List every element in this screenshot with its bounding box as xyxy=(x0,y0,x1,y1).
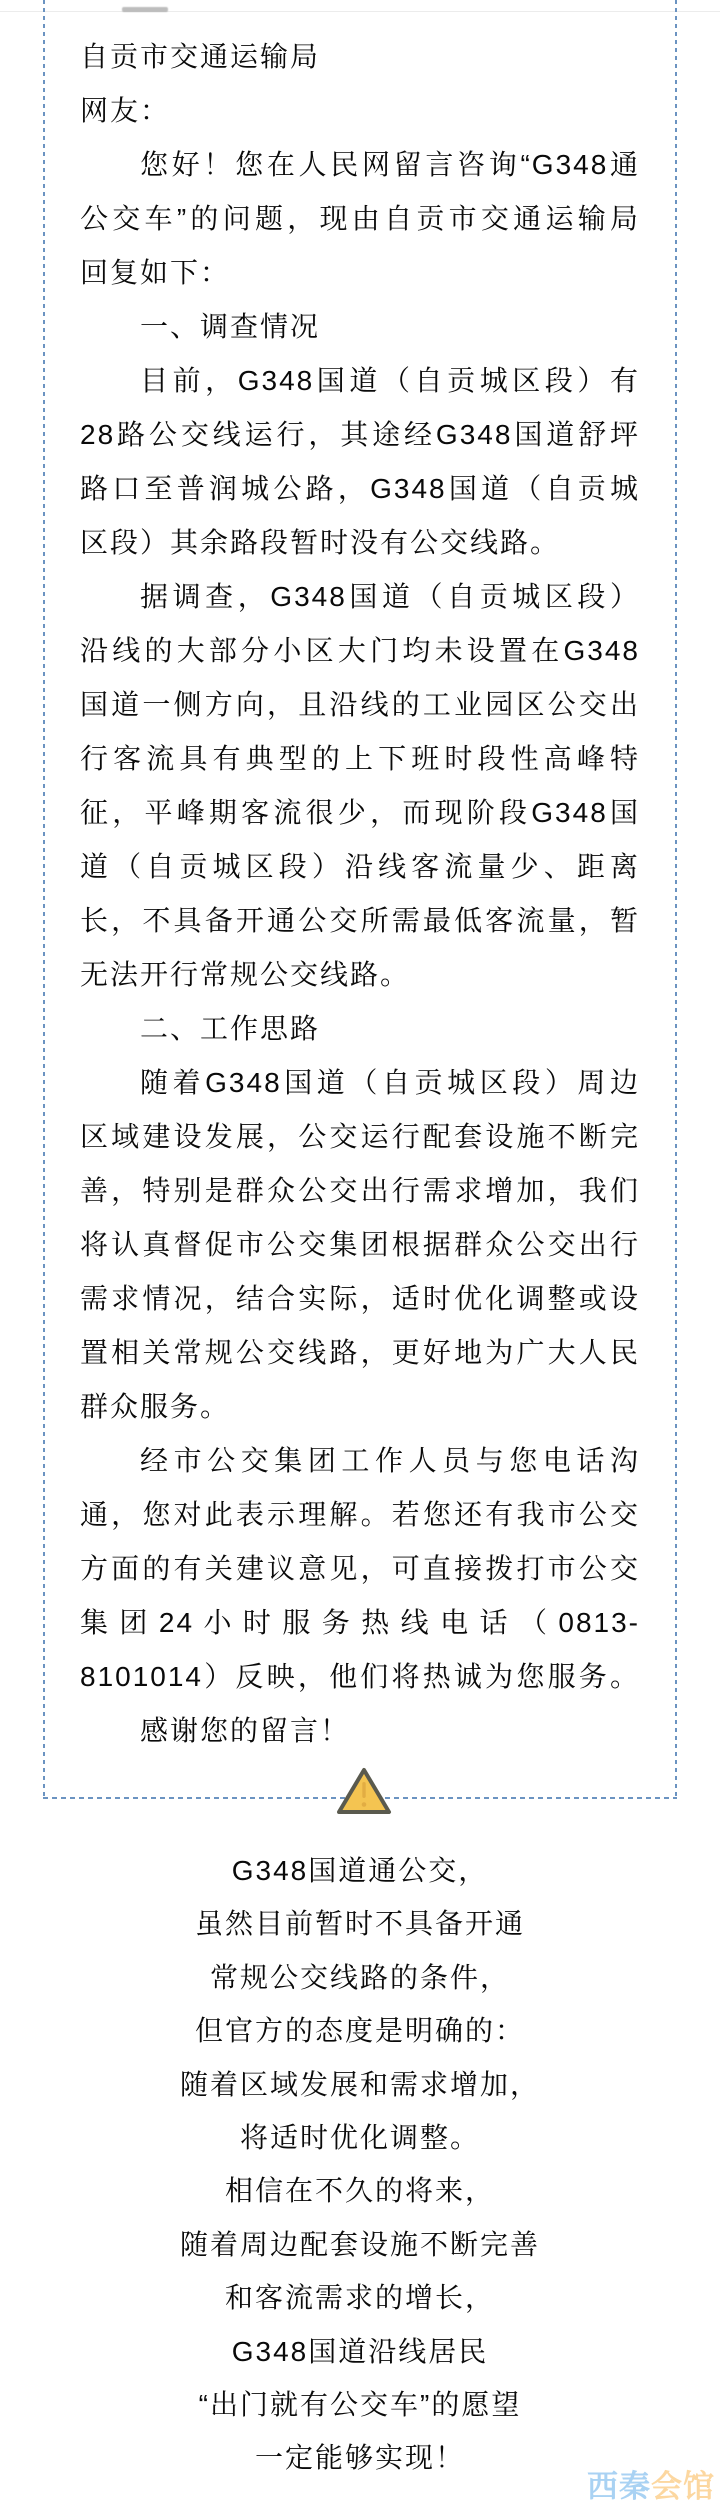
letter-box-border-left xyxy=(43,0,45,1799)
closing-line: 将适时优化调整。 xyxy=(0,2111,720,2164)
letter-line: 目前，G348国道（自贡城区段）有 xyxy=(80,354,640,408)
letter-line: 无法开行常规公交线路。 xyxy=(80,948,640,1002)
letter-line: 据调查，G348国道（自贡城区段） xyxy=(80,570,640,624)
watermark-part-orange: 会馆 xyxy=(651,2469,715,2504)
closing-line: 虽然目前暂时不具备开通 xyxy=(0,1897,720,1950)
letter-line: 沿线的大部分小区大门均未设置在G348 xyxy=(80,624,640,678)
article-page: { "page": {"width": 720, "height": 2511,… xyxy=(0,0,720,2511)
watermark-part-blue: 西秦 xyxy=(587,2469,651,2504)
watermark: 西秦会馆 xyxy=(587,2461,715,2506)
letter-line: 路口至普润城公路，G348国道（自贡城 xyxy=(80,462,640,516)
letter-line: 感谢您的留言！ xyxy=(80,1704,640,1758)
letter-line: 将认真督促市公交集团根据群众公交出行 xyxy=(80,1218,640,1272)
top-artifact-smudge xyxy=(122,7,168,12)
letter-line: 随着G348国道（自贡城区段）周边 xyxy=(80,1056,640,1110)
closing-summary: G348国道通公交，虽然目前暂时不具备开通常规公交线路的条件，但官方的态度是明确… xyxy=(0,1800,720,2485)
letter-line: 善，特别是群众公交出行需求增加，我们 xyxy=(80,1164,640,1218)
letter-line: 国道一侧方向，且沿线的工业园区公交出 xyxy=(80,678,640,732)
closing-line: 相信在不久的将来， xyxy=(0,2164,720,2217)
closing-line: G348国道沿线居民 xyxy=(0,2325,720,2378)
top-divider-line xyxy=(0,11,720,12)
letter-line: 行客流具有典型的上下班时段性高峰特 xyxy=(80,732,640,786)
letter-line: 二、工作思路 xyxy=(80,1002,640,1056)
closing-line: 常规公交线路的条件， xyxy=(0,1951,720,2004)
letter-line: 回复如下： xyxy=(80,246,640,300)
closing-line: G348国道通公交， xyxy=(0,1844,720,1897)
letter-line: 集团24小时服务热线电话（0813- xyxy=(80,1596,640,1650)
closing-line: “出门就有公交车”的愿望 xyxy=(0,2378,720,2431)
letter-line: 群众服务。 xyxy=(80,1380,640,1434)
closing-line: 随着周边配套设施不断完善 xyxy=(0,2218,720,2271)
letter-box-border-right xyxy=(675,0,677,1799)
letter-line: 区域建设发展，公交运行配套设施不断完 xyxy=(80,1110,640,1164)
letter-line: 经市公交集团工作人员与您电话沟 xyxy=(80,1434,640,1488)
letter-body: 自贡市交通运输局网友：您好！您在人民网留言咨询“G348通公交车”的问题，现由自… xyxy=(80,30,640,1758)
letter-line: 一、调查情况 xyxy=(80,300,640,354)
letter-line: 需求情况，结合实际，适时优化调整或设 xyxy=(80,1272,640,1326)
letter-line: 通，您对此表示理解。若您还有我市公交 xyxy=(80,1488,640,1542)
letter-line: 网友： xyxy=(80,84,640,138)
letter-line: 您好！您在人民网留言咨询“G348通 xyxy=(80,138,640,192)
letter-line: 区段）其余路段暂时没有公交线路。 xyxy=(80,516,640,570)
letter-line: 道（自贡城区段）沿线客流量少、距离 xyxy=(80,840,640,894)
letter-line: 方面的有关建议意见，可直接拨打市公交 xyxy=(80,1542,640,1596)
letter-line: 28路公交线运行，其途经G348国道舒坪 xyxy=(80,408,640,462)
letter-line: 自贡市交通运输局 xyxy=(80,30,640,84)
letter-line: 征，平峰期客流很少，而现阶段G348国 xyxy=(80,786,640,840)
letter-line: 8101014）反映，他们将热诚为您服务。 xyxy=(80,1650,640,1704)
closing-line: 但官方的态度是明确的： xyxy=(0,2004,720,2057)
letter-line: 置相关常规公交线路，更好地为广大人民 xyxy=(80,1326,640,1380)
letter-line: 公交车”的问题，现由自贡市交通运输局 xyxy=(80,192,640,246)
closing-line: 随着区域发展和需求增加， xyxy=(0,2058,720,2111)
closing-line: 和客流需求的增长， xyxy=(0,2271,720,2324)
letter-line: 长，不具备开通公交所需最低客流量，暂 xyxy=(80,894,640,948)
